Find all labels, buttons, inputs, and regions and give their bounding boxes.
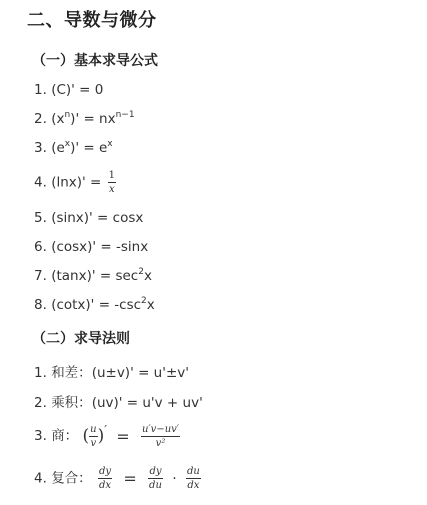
rule-item-4: 4. 复合： dydx = dydu · dudx xyxy=(34,466,203,491)
rule-item-2: 2. 乘积：(uv)' = u'v + uv' xyxy=(34,391,203,411)
formula-item-8: 8. (cotx)' = -csc2x xyxy=(34,297,155,313)
formula-item-6: 6. (cosx)' = -sinx xyxy=(34,239,148,255)
formula-item-4: 4. (lnx)' = 1 x xyxy=(34,170,118,195)
chain-fraction-3: dudx xyxy=(186,466,201,491)
formula-item-5: 5. (sinx)' = cosx xyxy=(34,210,143,226)
subsection-title-rules: （二）求导法则 xyxy=(32,328,130,348)
formula-item-1: 1. (C)' = 0 xyxy=(34,82,103,98)
subsection-title-basic-formulas: （一）基本求导公式 xyxy=(32,50,158,70)
fraction: 1 x xyxy=(108,170,116,195)
quotient-rhs-fraction: u′v−uv′v² xyxy=(141,424,180,449)
formula-item-2: 2. (xn)' = nxn−1 xyxy=(34,111,135,127)
quotient-inner-fraction: uv xyxy=(89,424,97,449)
chain-fraction-1: dydx xyxy=(98,466,112,491)
chain-fraction-2: dydu xyxy=(148,466,163,491)
formula-item-7: 7. (tanx)' = sec2x xyxy=(34,268,152,284)
rule-item-3: 3. 商： (uv)′ = u′v−uv′v² xyxy=(34,423,182,449)
formula-item-3: 3. (ex)' = ex xyxy=(34,140,113,156)
section-title: 二、导数与微分 xyxy=(27,6,157,32)
rule-item-1: 1. 和差：(u±v)' = u'±v' xyxy=(34,361,189,381)
